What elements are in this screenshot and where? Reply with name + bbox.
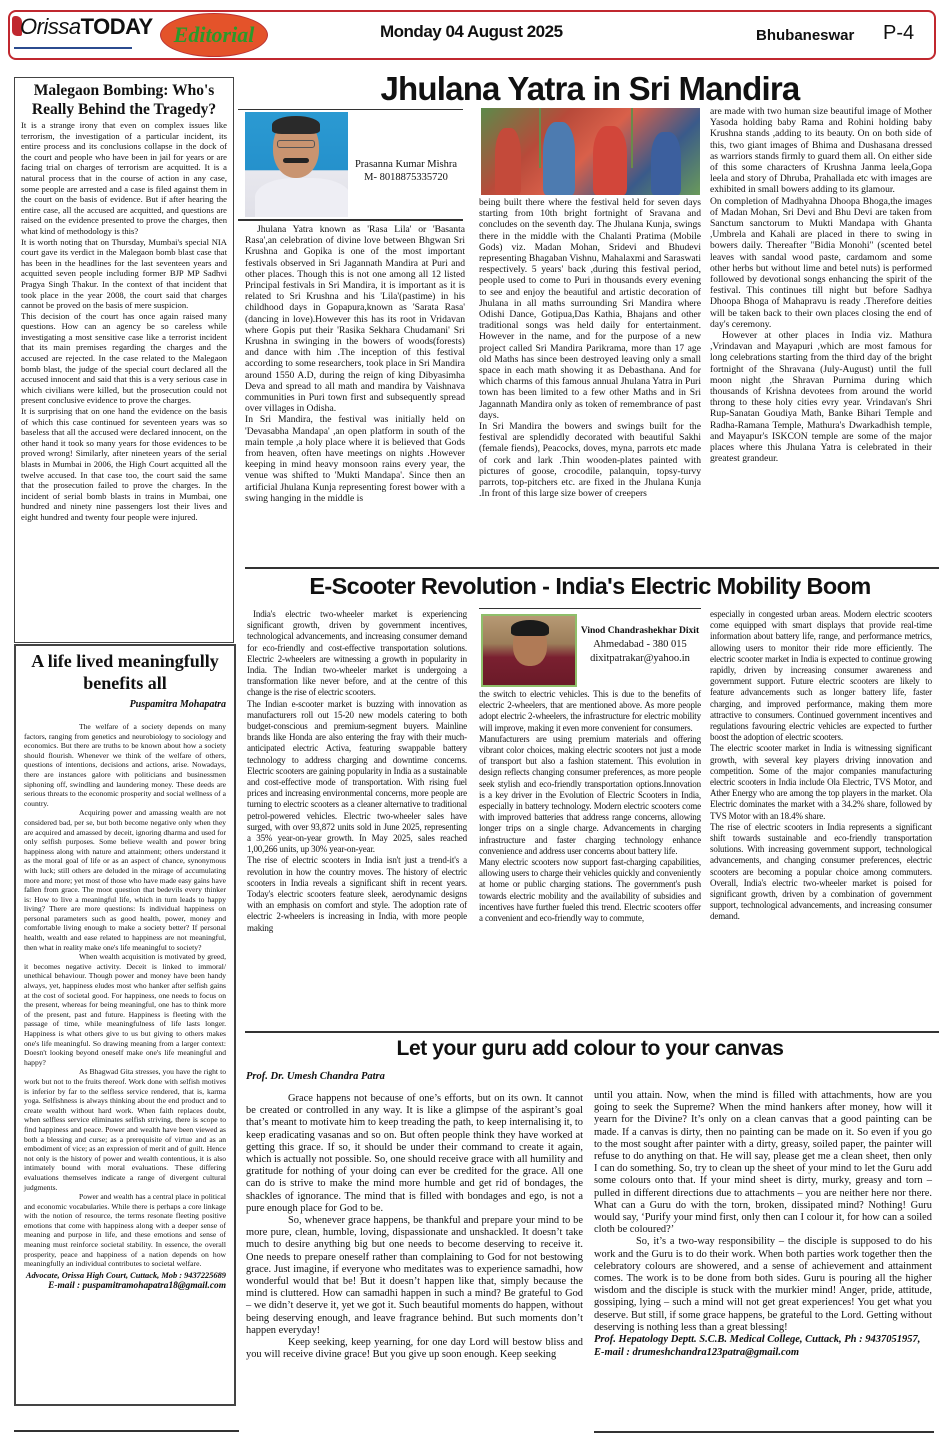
guru-col1: Grace happens not because of one’s effor… xyxy=(246,1093,583,1361)
guru-author: Prof. Dr. Umesh Chandra Patra xyxy=(246,1071,385,1082)
escooter-bottom-rule xyxy=(245,1031,939,1033)
jhulana-photo-rule-top xyxy=(238,109,463,110)
life-article: A life lived meaningfully benefits all P… xyxy=(14,644,236,1406)
escooter-col3: especially in congested urban areas. Mod… xyxy=(710,609,932,923)
jhulana-col2: being built there where the festival hel… xyxy=(479,197,701,499)
life-author: Puspamitra Mohapatra xyxy=(24,699,226,710)
logo-underline xyxy=(14,47,132,49)
guru-title: Let your guru add colour to your canvas xyxy=(240,1037,940,1061)
jhulana-photo-rule-bottom xyxy=(238,219,463,221)
escooter-col2: the switch to electric vehicles. This is… xyxy=(479,689,701,924)
logo-brand: Orissa xyxy=(20,14,81,39)
page-number: P-4 xyxy=(883,22,914,45)
orissa-today-logo: OrissaTODAY xyxy=(12,12,147,46)
bottom-rule-left xyxy=(14,1430,239,1432)
edition-city: Bhubaneswar xyxy=(756,27,854,44)
issue-date: Monday 04 August 2025 xyxy=(380,22,563,42)
life-footer: Advocate, Orissa High Court, Cuttack, Mo… xyxy=(24,1270,226,1292)
escooter-author: Vinod Chandrashekhar Dixit Ahmedabad - 3… xyxy=(578,624,702,666)
escooter-title: E-Scooter Revolution - India's Electric … xyxy=(240,573,940,600)
malegaon-article: Malegaon Bombing: Who's Really Behind th… xyxy=(14,77,234,643)
jhulana-col1: Jhulana Yatra known as 'Rasa Lila' or 'B… xyxy=(245,224,465,504)
life-title: A life lived meaningfully benefits all xyxy=(24,650,226,694)
jhulana-bottom-rule xyxy=(245,567,939,569)
author-photo-mishra xyxy=(245,112,348,217)
jhulana-author: Prasanna Kumar Mishra M- 8018875335720 xyxy=(348,158,464,184)
jhulana-title: Jhulana Yatra in Sri Mandira xyxy=(240,70,940,108)
malegaon-body: It is a strange irony that even on compl… xyxy=(21,120,227,523)
jhulana-col3: are made with two human size beautiful i… xyxy=(710,106,932,465)
escooter-col1: India's electric two-wheeler market is e… xyxy=(247,609,467,934)
krishna-jhulana-illustration xyxy=(481,108,700,195)
malegaon-title: Malegaon Bombing: Who's Really Behind th… xyxy=(21,81,227,119)
life-body: The welfare of a society depends on many… xyxy=(24,722,226,1269)
guru-col2: until you attain. Now, when the mind is … xyxy=(594,1090,932,1359)
logo-brand-bold: TODAY xyxy=(81,14,153,39)
editorial-badge: Editorial xyxy=(160,13,268,57)
author-photo-dixit xyxy=(481,614,577,687)
guru-footer: Prof. Hepatology Deptt. S.C.B. Medical C… xyxy=(594,1334,932,1359)
bottom-rule-right xyxy=(594,1431,934,1433)
escooter-photo-rule xyxy=(479,608,701,609)
